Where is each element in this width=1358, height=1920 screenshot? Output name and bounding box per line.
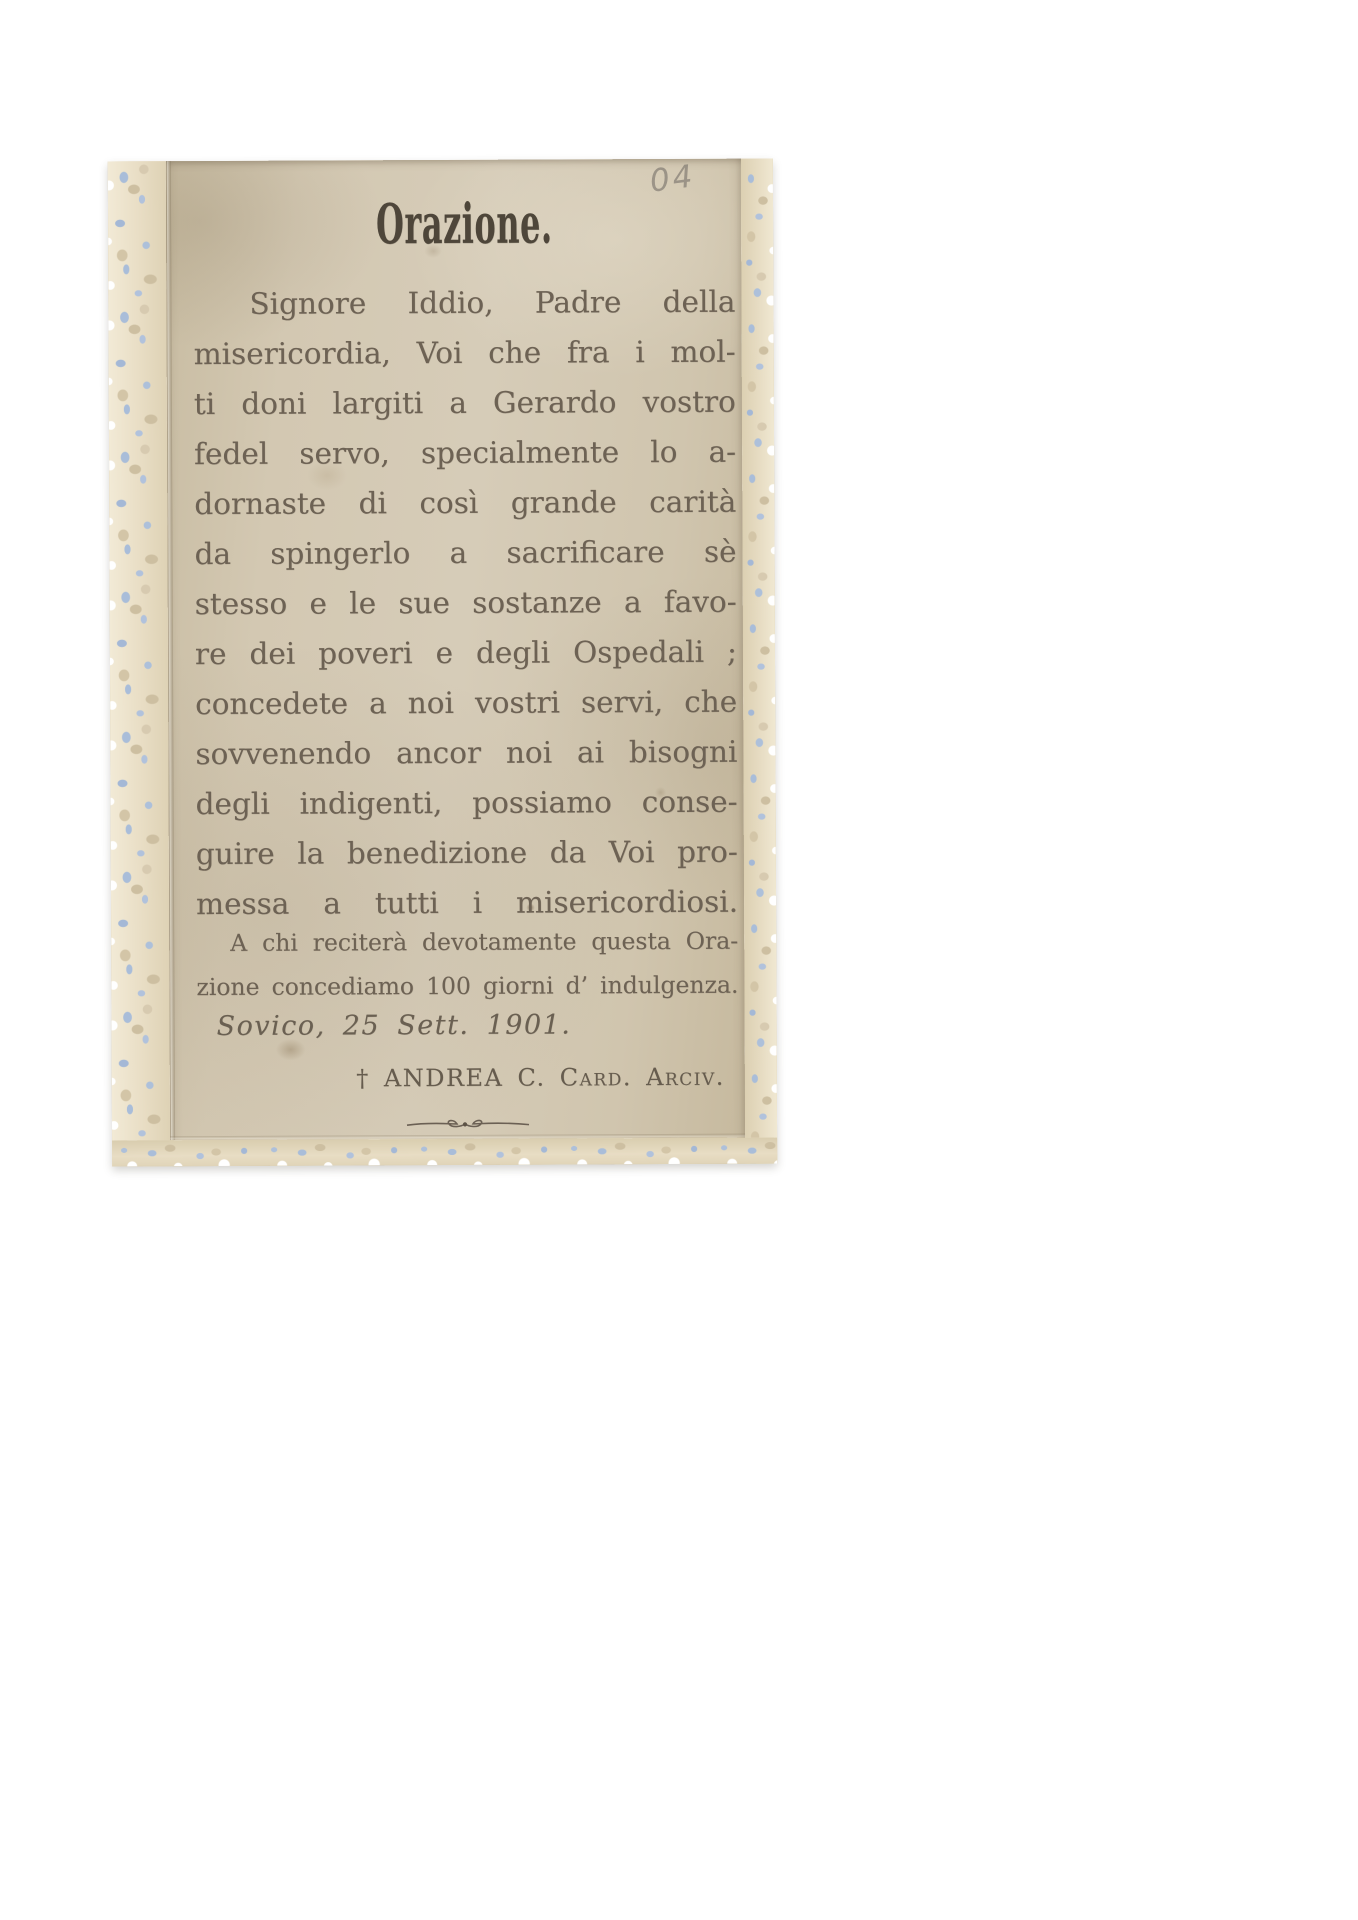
indulgence-line: A chi reciterà devotamente questa Ora-: [196, 919, 738, 965]
prayer-line: degli indigenti, possiamo conse-: [196, 777, 738, 829]
prayer-card: 04 Orazione. Signore Iddio, Padre della …: [108, 159, 777, 1167]
prayer-line: da spingerlo a sacrificare sè: [194, 527, 736, 579]
lace-border-bottom: [112, 1138, 777, 1167]
signature: † ANDREA C. Card. Arciv.: [197, 1063, 739, 1093]
cross-icon: †: [356, 1064, 370, 1092]
prayer-text: Signore Iddio, Padre della misericordia,…: [193, 277, 738, 929]
card-paper: 04 Orazione. Signore Iddio, Padre della …: [166, 159, 745, 1166]
prayer-line: dornaste di così grande carità: [194, 477, 736, 529]
card-title: Orazione.: [193, 193, 735, 255]
lace-border-left: [108, 161, 170, 1166]
indulgence-line: zione concediamo 100 giorni d’ indulgenz…: [196, 963, 738, 1009]
card-title-text: Orazione.: [376, 194, 553, 255]
page-background: 04 Orazione. Signore Iddio, Padre della …: [0, 0, 1358, 1920]
lace-border-right: [741, 159, 777, 1164]
prayer-line: guire la benedizione da Voi pro-: [196, 827, 738, 879]
prayer-line: ti doni largiti a Gerardo vostro: [194, 377, 736, 429]
prayer-line: stesso e le sue sostanze a favo-: [195, 577, 737, 629]
prayer-line: concedete a noi vostri servi, che: [195, 677, 737, 729]
prayer-line: sovvenendo ancor noi ai bisogni: [195, 727, 737, 779]
flourish-divider-icon: [197, 1115, 739, 1139]
prayer-line: Signore Iddio, Padre della: [193, 277, 735, 329]
indulgence-note: A chi reciterà devotamente questa Ora- z…: [196, 919, 738, 1009]
signature-name: ANDREA C. Card. Arciv.: [384, 1063, 725, 1092]
prayer-line: misericordia, Voi che fra i mol-: [194, 327, 736, 379]
prayer-line: re dei poveri e degli Ospedali ;: [195, 627, 737, 679]
card-content: Orazione. Signore Iddio, Padre della mis…: [193, 159, 739, 1141]
prayer-line: fedel servo, specialmente lo a-: [194, 427, 736, 479]
dateline: Sovico, 25 Sett. 1901.: [197, 1009, 739, 1042]
